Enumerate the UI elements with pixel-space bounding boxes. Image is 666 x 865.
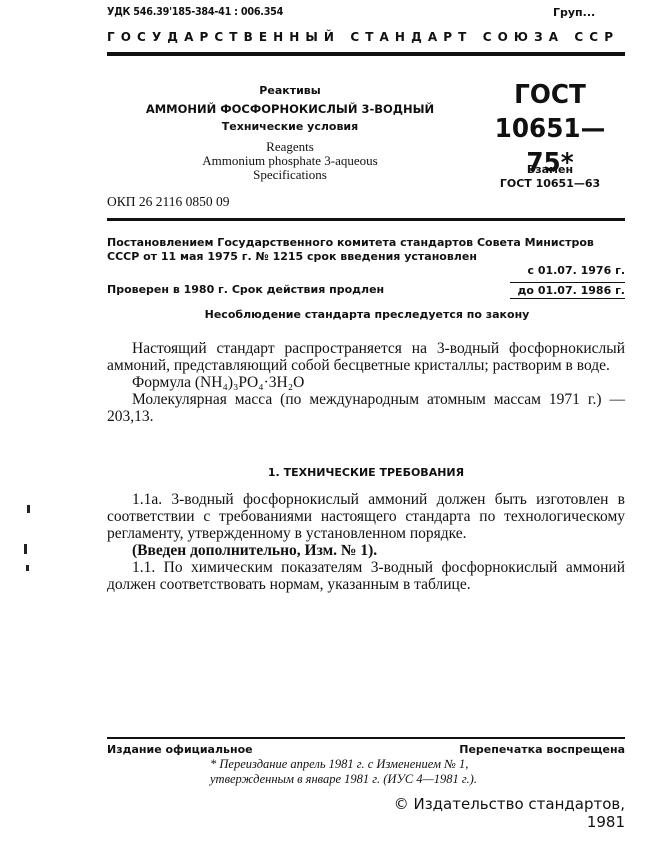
margin-mark [27, 505, 30, 513]
top-rule [107, 52, 625, 56]
replaces-standard: ГОСТ 10651—63 [480, 177, 620, 191]
product-name-ru: АММОНИЙ ФОСФОРНОКИСЛЫЙ 3-ВОДНЫЙ [130, 100, 450, 118]
copyright: © Издательство стандартов, 1981 [360, 795, 625, 831]
formula-line: Формула (NH₄)₃PO₄·3H₂O [107, 374, 625, 391]
section-1-body: 1.1а. 3-водный фосфорнокислый аммоний до… [107, 491, 625, 593]
title-block: Реактивы АММОНИЙ ФОСФОРНОКИСЛЫЙ 3-ВОДНЫЙ… [130, 82, 450, 182]
reissue-footnote: * Переиздание апрель 1981 г. с Изменение… [210, 757, 477, 787]
category-ru: Реактивы [130, 82, 450, 100]
group-code: Груп... [553, 6, 595, 19]
chemical-formula: (NH₄)₃PO₄·3H₂O [195, 374, 304, 391]
intro-section: Настоящий стандарт распространяется на 3… [107, 340, 625, 425]
paragraph-1-1: 1.1. По химическим показателям 3-водный … [107, 559, 625, 593]
scope-paragraph: Настоящий стандарт распространяется на 3… [107, 340, 625, 374]
decree-text: Постановлением Государственного комитета… [107, 236, 627, 264]
subtitle-ru: Технические условия [130, 118, 450, 136]
standard-banner: ГОСУДАРСТВЕННЫЙ СТАНДАРТ СОЮЗА ССР [107, 30, 625, 44]
effective-from-date: с 01.07. 1976 г. [520, 264, 625, 277]
udk-code: УДК 546.39'185-384-41 : 006.354 [107, 5, 283, 18]
margin-mark [24, 544, 27, 554]
reprint-prohibited: Перепечатка воспрещена [420, 743, 625, 756]
margin-mark [26, 565, 29, 571]
okp-code: ОКП 26 2116 0850 09 [107, 194, 230, 210]
footnote-line-2: утвержденным в январе 1981 г. (ИУС 4—198… [210, 772, 477, 787]
molar-mass-paragraph: Молекулярная масса (по международным ато… [107, 391, 625, 425]
product-name-en: Ammonium phosphate 3-aqueous [130, 154, 450, 168]
checked-note: Проверен в 1980 г. Срок действия продлен [107, 283, 384, 296]
legal-warning: Несоблюдение стандарта преследуется по з… [107, 308, 627, 321]
formula-label: Формула [132, 374, 191, 391]
gost-label: ГОСТ [484, 78, 617, 112]
title-rule [107, 218, 625, 221]
official-edition: Издание официальное [107, 743, 253, 756]
category-en: Reagents [130, 140, 450, 154]
paragraph-1-1a: 1.1а. 3-водный фосфорнокислый аммоний до… [107, 491, 625, 542]
replaces-block: Взамен ГОСТ 10651—63 [480, 163, 620, 191]
effective-to-date: до 01.07. 1986 г. [510, 282, 625, 299]
subtitle-en: Specifications [130, 168, 450, 182]
section-title: 1. ТЕХНИЧЕСКИЕ ТРЕБОВАНИЯ [107, 466, 625, 479]
footnote-line-1: * Переиздание апрель 1981 г. с Изменение… [210, 757, 477, 772]
amendment-note: (Введен дополнительно, Изм. № 1). [107, 542, 625, 559]
footer-rule [107, 737, 625, 739]
replaces-label: Взамен [480, 163, 620, 177]
